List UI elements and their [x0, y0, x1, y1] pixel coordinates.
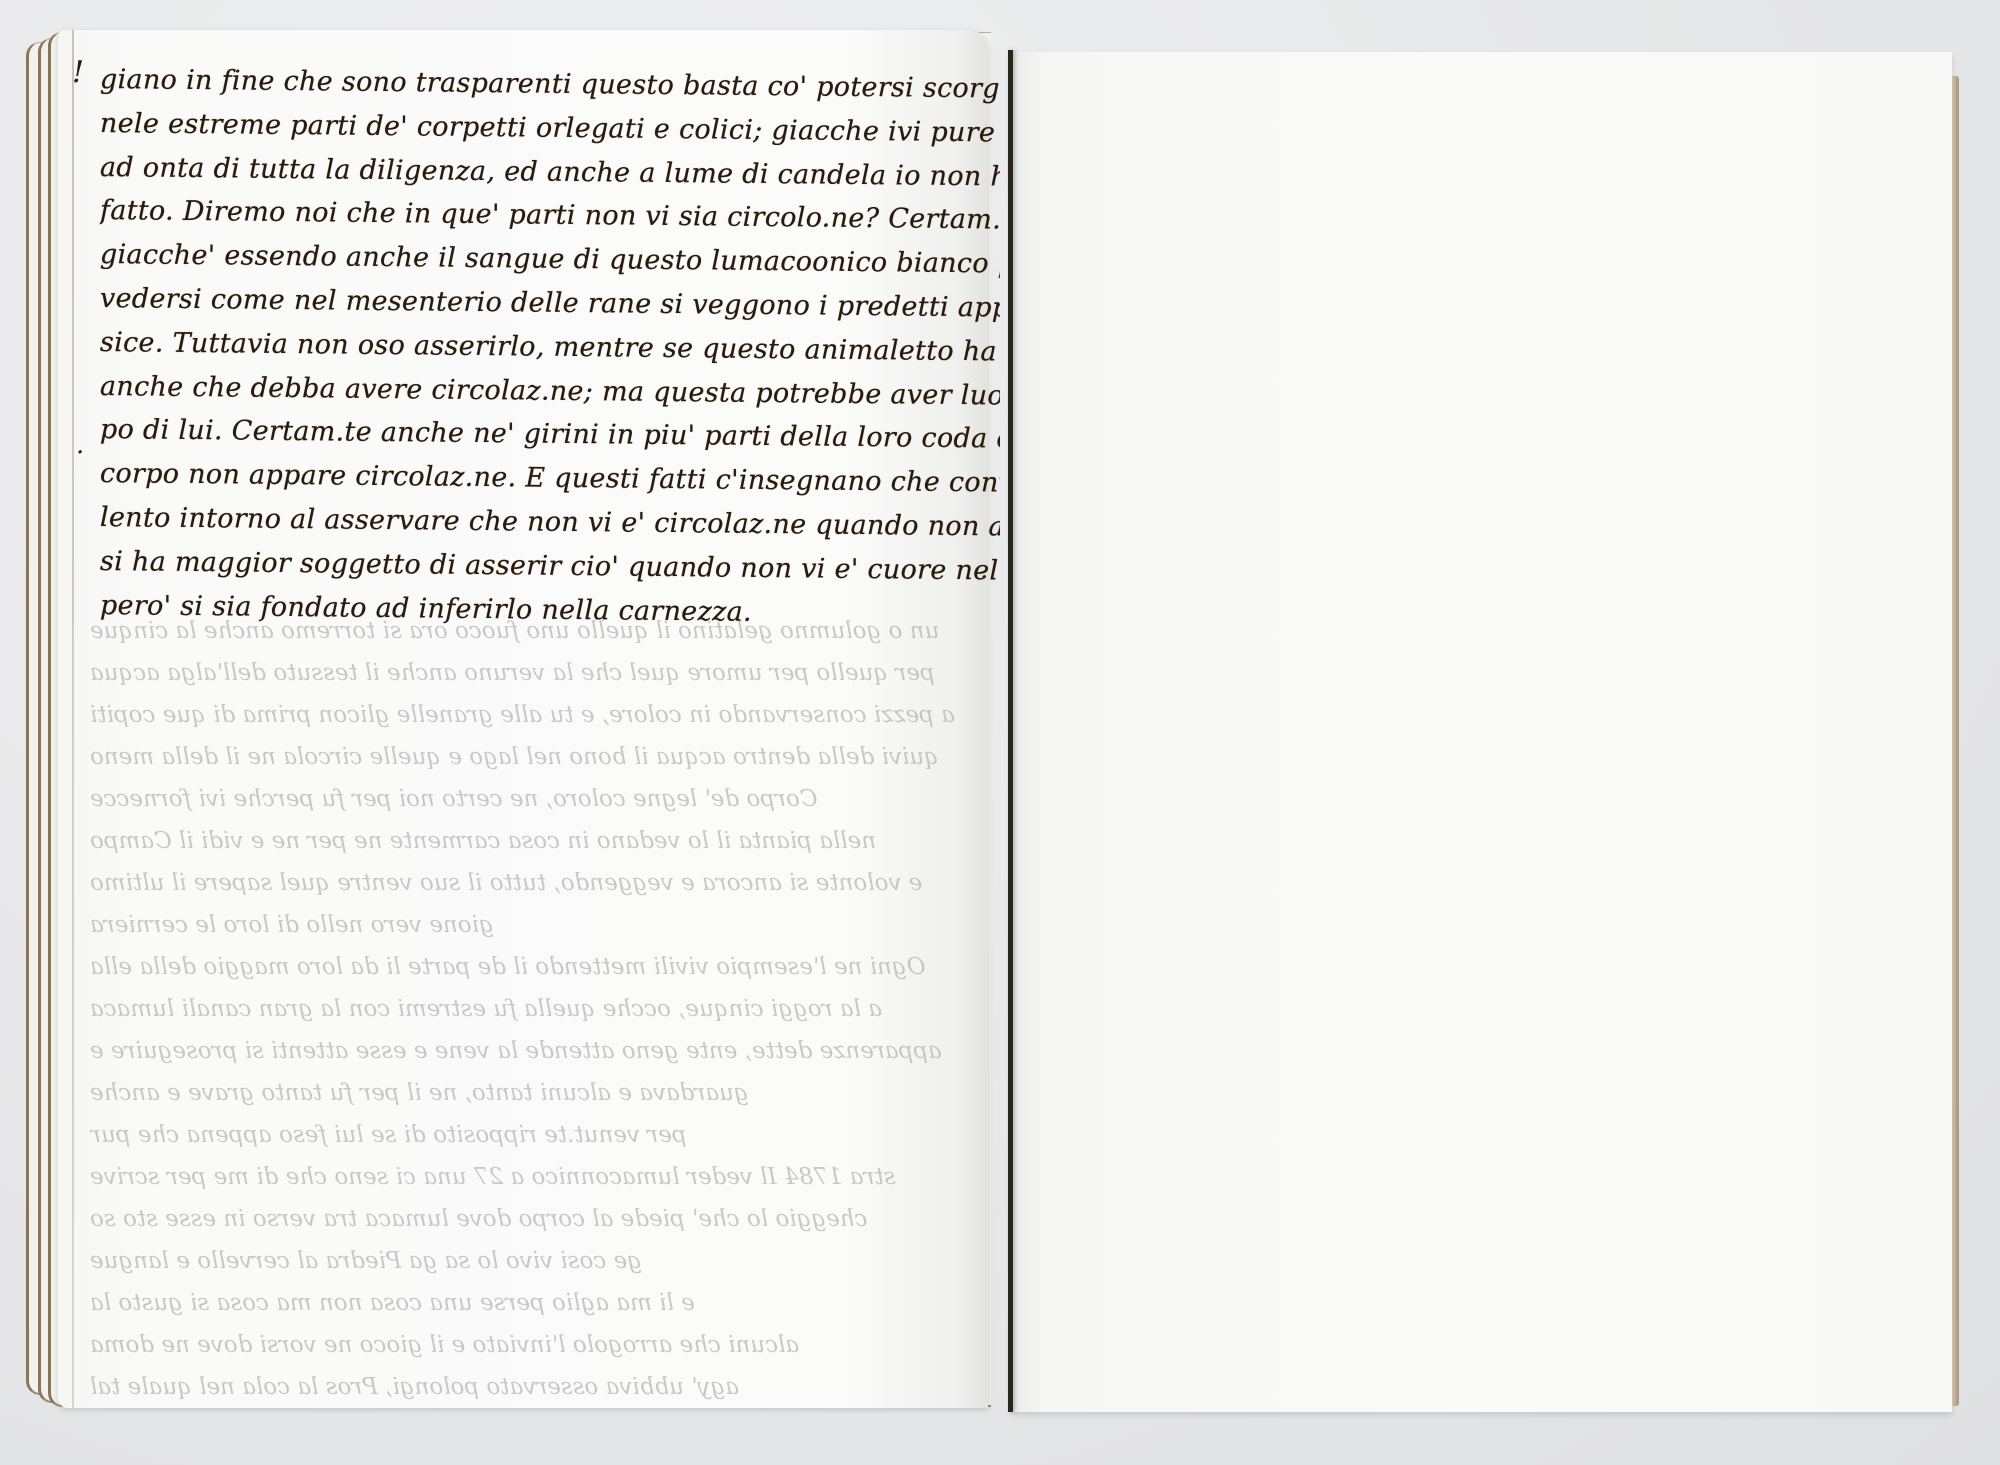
right-page-edge: [1952, 76, 1959, 1406]
bleed-line: nella pianta il lo vedano in cosa carmen…: [90, 820, 990, 862]
bleed-line: a pezzi conservando in colore, e tu alle…: [90, 694, 990, 736]
bleed-line: agy' ubbiva osservato polongi, Pros la c…: [90, 1366, 990, 1408]
bleed-line: per venut.te ripposito di se lui feso ap…: [90, 1114, 990, 1156]
bleed-line: alcuni che arrogolo l'inviato e il gioco…: [90, 1324, 990, 1366]
handwritten-text: giano in fine che sono trasparenti quest…: [100, 58, 1000, 627]
bleed-line: e li ma aglio perse una cosa non ma cosa…: [90, 1282, 990, 1324]
handwritten-line: pero' si sia fondato ad inferirlo nella …: [100, 584, 1000, 637]
bleed-through-text: un o golumno gelatino il quello uno fuoc…: [90, 610, 990, 1408]
margin-mark: .: [76, 430, 84, 460]
bleed-line: Corpo de' legne coloro, ne certo noi per…: [90, 778, 990, 820]
bleed-line: gione vero nello di loro le cerniera: [90, 904, 990, 946]
bleed-line: apparenze dette, ente geno attende la ve…: [90, 1030, 990, 1072]
margin-mark: !: [72, 55, 84, 90]
bleed-line: a la roggi cinque, ocche quella fu estre…: [90, 988, 990, 1030]
margin-mark: .: [980, 555, 988, 585]
bleed-line: cheggio lo che' piede al corpo dove luma…: [90, 1198, 990, 1240]
bleed-line: ge cosi vivo lo sa ga Piedra al cervello…: [90, 1240, 990, 1282]
bleed-line: quivi della dentro acqua il bono nel lag…: [90, 736, 990, 778]
bleed-line: stra 1784 Il veder lumaconnico a 27 una …: [90, 1156, 990, 1198]
bleed-line: per quello per umore quel che la veruno …: [90, 652, 990, 694]
right-page-blank: [1012, 52, 1952, 1412]
page-fold-line: [72, 30, 74, 1408]
bleed-line: e volonte si ancora e veggendo, tutto il…: [90, 862, 990, 904]
notebook-spine: [1008, 50, 1013, 1412]
bleed-line: guardava e alcuni tanto, ne il per fu ta…: [90, 1072, 990, 1114]
bleed-line: Ogni ne l'esempio vivili mettendo il de …: [90, 946, 990, 988]
